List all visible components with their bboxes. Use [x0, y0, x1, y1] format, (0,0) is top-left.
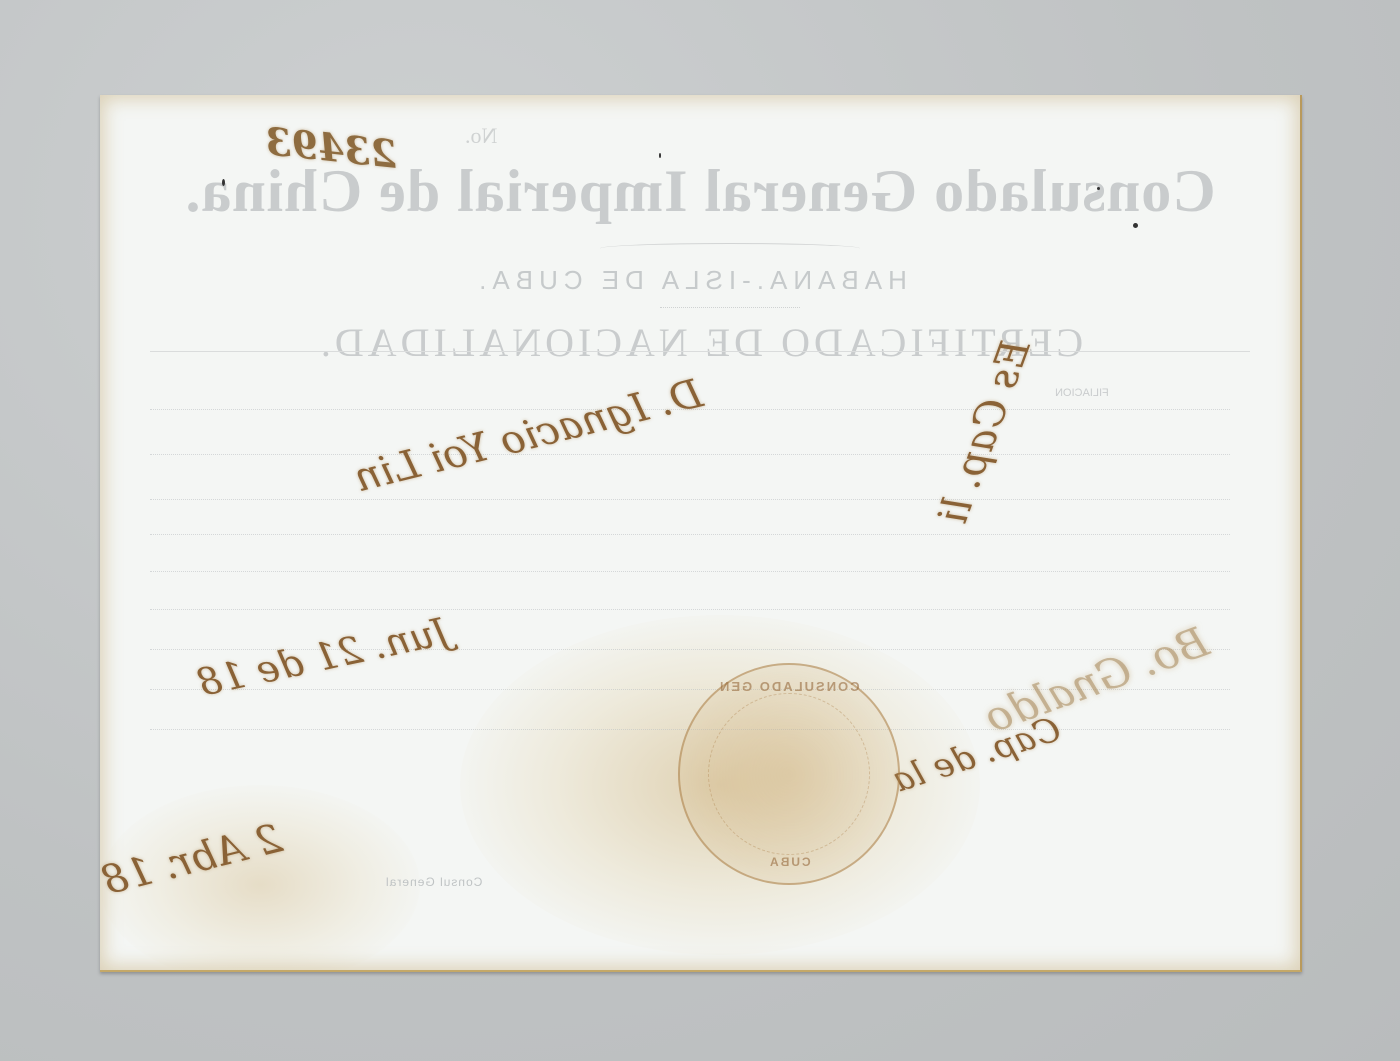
dotted-divider — [660, 307, 800, 308]
form-line — [150, 440, 1230, 455]
seal-bottom-text: CUBA — [680, 855, 898, 869]
form-line — [150, 557, 1230, 572]
document-paper: No. Consulado General Imperial de China.… — [100, 95, 1302, 972]
subtitle-bleed-through: HABANA.-ISLA DE CUBA. — [430, 265, 950, 296]
ornamental-flourish — [600, 243, 860, 254]
ink-speck — [659, 153, 661, 158]
ink-speck — [1133, 223, 1138, 228]
handwritten-date: Jun. 21 de 18 — [193, 609, 453, 705]
heading-rule — [150, 351, 1250, 352]
form-line — [150, 520, 1230, 535]
seal-top-text: CONSULADO GEN — [680, 679, 898, 694]
seal-inner-ring — [708, 693, 870, 855]
form-line — [150, 595, 1230, 610]
serial-prefix-bleed: No. — [465, 123, 497, 149]
handwritten-name: D. Ignacio Yoi Lin — [350, 371, 707, 502]
footer-bleed-through: Consul General — [385, 875, 482, 889]
consulate-seal: CONSULADO GEN CUBA — [678, 663, 900, 885]
ink-speck — [222, 179, 225, 186]
ink-speck — [1097, 187, 1100, 190]
form-line — [150, 485, 1230, 500]
